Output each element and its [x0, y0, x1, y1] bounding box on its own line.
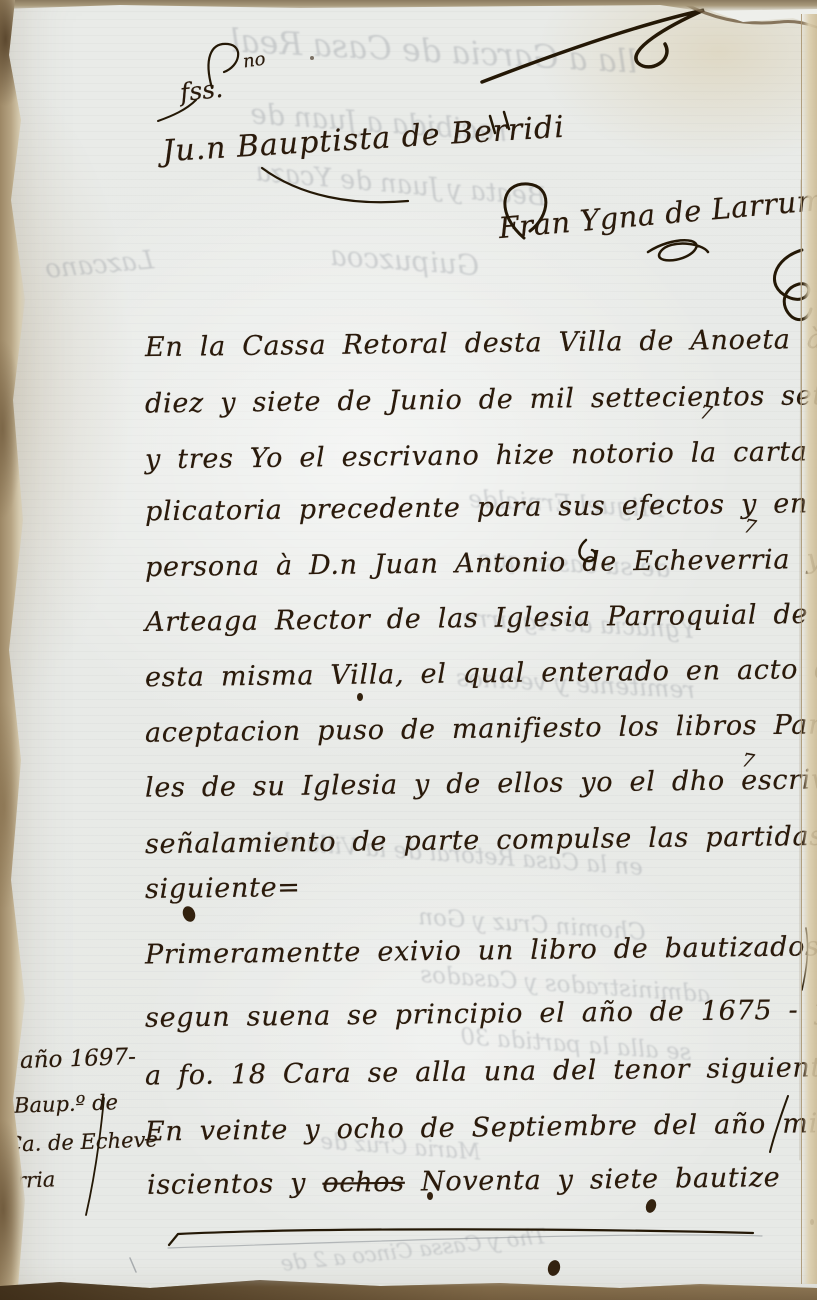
body-line-6: Arteaga Rector de las Iglesia Parroquial…	[145, 599, 809, 638]
page-top-edge	[0, 0, 817, 12]
body-line-16-prefix: iscientos y	[147, 1168, 323, 1201]
body-line-7: esta misma Villa, el qual enterado en ac…	[145, 654, 817, 694]
body-line-3: y tres Yo el escrivano hize notorio la c…	[145, 436, 817, 476]
larrumbide-rubric	[648, 240, 708, 260]
body-line-1: En la Cassa Retoral desta Villa de Anoet…	[145, 324, 817, 363]
bleedthrough-text: Lazcano	[44, 245, 155, 284]
margin-note-line-3: Ca. de Echeve	[6, 1127, 159, 1156]
ink-blot	[644, 1198, 658, 1214]
insertion-caret: 7	[698, 401, 714, 425]
body-line-8: aceptacion puso de manifiesto los libros…	[145, 708, 817, 748]
ink-blot	[357, 693, 363, 701]
bleedthrough-text: Guipuzcoa	[329, 239, 480, 282]
body-line-11: siguiente=	[145, 872, 301, 905]
insertion-caret: 7	[742, 515, 758, 539]
body-line-16-suffix: Noventa y siete bautize	[405, 1162, 781, 1198]
body-line-13: segun suena se principio el año de 1675 …	[145, 993, 817, 1034]
body-line-16: iscientos y ochos Noventa y siete bautiz…	[147, 1162, 781, 1201]
bleedthrough-text: Beata y Juan de Ycaza	[254, 157, 547, 212]
body-line-4: plicatoria precedente para sus efectos y…	[145, 488, 817, 528]
body-line-15: En veinte y ocho de Septiembre del año m…	[145, 1108, 817, 1148]
body-line-14: a fo. 18 Cara se alla una del tenor sigu…	[145, 1052, 817, 1092]
body-line-5: persona à D.n Juan Antonio de Echeverria…	[145, 544, 817, 583]
body-line-12: Primeramentte exivio un libro de bautiza…	[145, 930, 817, 970]
escribano-abbreviation-superscript: no	[242, 49, 267, 73]
body-line-9: les de su Iglesia y de ellos yo el dho e…	[145, 763, 817, 803]
margin-note-year: año 1697-	[20, 1044, 137, 1074]
page-bottom-torn-edge	[0, 1278, 817, 1300]
body-line-10: señalamiento de parte compulse las parti…	[145, 821, 817, 860]
page-fore-edge	[801, 14, 817, 1284]
escribano-abbreviation-main: fss.	[179, 74, 225, 107]
bleedthrough-text: lla a Garcia de Casa Real	[229, 21, 638, 80]
escribano-abbreviation: fss.	[179, 74, 225, 107]
margin-note-descender	[86, 1098, 104, 1215]
bleedthrough-text: Tho y Cassa Cinco a 2 de	[279, 1224, 547, 1276]
scratch-tick	[130, 1258, 136, 1272]
body-line-2: diez y siete de Junio de mil setteciento…	[145, 379, 817, 419]
margin-note-line-2: Baup.º de	[14, 1090, 119, 1118]
ink-blot	[181, 904, 198, 923]
manuscript-page: lla a Garcia de Casa Real recibida a Jua…	[0, 0, 817, 1300]
body-line-16-struck-word: ochos	[322, 1167, 405, 1199]
ink-blot	[546, 1259, 562, 1278]
